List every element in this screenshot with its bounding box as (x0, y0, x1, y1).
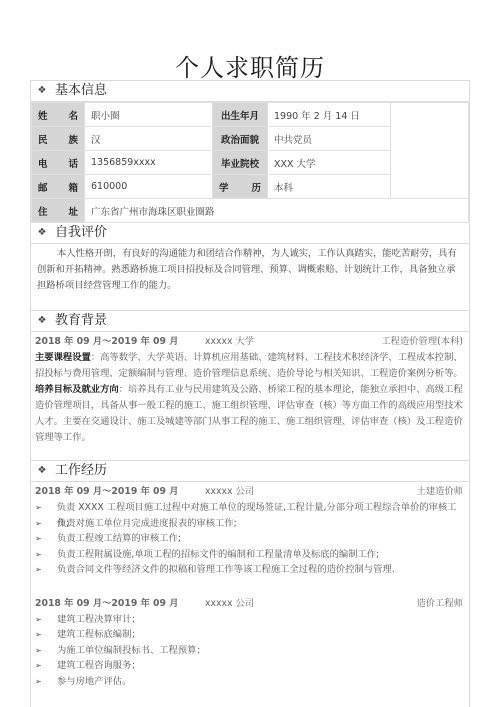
diamond-bullet-icon: ❖ (37, 311, 47, 331)
label-ethnicity: 民族 (32, 127, 85, 151)
list-item: ➢负责工程附属设施,单项工程的招标文件的编制和工程量清单及标底的编制工作; (35, 547, 463, 563)
section-title: 自我评价 (55, 223, 107, 243)
self-evaluation-text: 本人性格开朗，有良好的沟通能力和团结合作精神，为人诚实，工作认真踏实，能吃苦耐劳… (31, 244, 469, 300)
list-item: ➢建筑工程咨询服务； (35, 658, 463, 674)
label-degree: 学历 (213, 175, 268, 199)
label-school: 毕业院校 (213, 151, 268, 175)
arrow-bullet-icon: ➢ (35, 562, 57, 578)
arrow-bullet-icon: ➢ (35, 674, 57, 690)
list-item: ➢参与房地产评估。 (35, 674, 463, 690)
value-phone: 1356859xxxx (85, 151, 213, 175)
value-address: 广东省广州市海珠区职业圈路 (85, 199, 469, 223)
info-row: 住址 广东省广州市海珠区职业圈路 (32, 199, 469, 223)
job-entry-header: 2018 年 09 月～2019 年 09 月 xxxxx 公司 土建造价师 (31, 482, 469, 500)
education-section: 2018 年 09 月～2019 年 09 月 xxxxx 大学 工程造价管理(… (31, 332, 469, 461)
label-name: 姓名 (32, 103, 85, 127)
value-name: 职小圈 (85, 103, 213, 127)
job-duties-list: ➢建筑工程决算审计； ➢建筑工程标底编制； ➢为施工单位编制投标书、工程预算； … (31, 612, 469, 690)
list-item: ➢负责工程竣工结算的审核工作; (35, 531, 463, 547)
job-position: 造价工程师 (417, 596, 464, 612)
label-address: 住址 (32, 199, 85, 223)
arrow-bullet-icon: ➢ (35, 627, 57, 643)
section-title: 教育背景 (55, 311, 107, 331)
list-item: ➢负责对施工单位月完成进度报表的审核工作; (35, 516, 463, 532)
section-title: 工作经历 (55, 461, 107, 481)
photo-placeholder (391, 103, 469, 199)
list-item: ➢为施工单位编制投标书、工程预算； (35, 643, 463, 659)
arrow-bullet-icon: ➢ (35, 612, 57, 628)
job-period: 2018 年 09 月～2019 年 09 月 (35, 596, 205, 612)
list-item: ➢负责合同文件等经济文件的拟稿和管理工作等该工程施工全过程的造价控制与管理. (35, 562, 463, 578)
basic-info-table: 姓名 职小圈 出生年月 1990 年 2 月 14 日 民族 汉 政治面貌 中共… (31, 102, 469, 223)
value-birth: 1990 年 2 月 14 日 (268, 103, 391, 127)
job-duties-list: ➢负责 XXXX 工程项目施工过程中对施工单位的现场签证,工程计量,分部分项工程… (31, 500, 469, 578)
diamond-bullet-icon: ❖ (37, 461, 47, 481)
arrow-bullet-icon: ➢ (35, 643, 57, 659)
section-header-basic-info: ❖ 基本信息 (31, 81, 469, 102)
arrow-bullet-icon: ➢ (35, 500, 57, 516)
diamond-bullet-icon: ❖ (37, 81, 47, 101)
info-row: 姓名 职小圈 出生年月 1990 年 2 月 14 日 (32, 103, 469, 127)
arrow-bullet-icon: ➢ (35, 547, 57, 563)
section-header-work: ❖ 工作经历 (31, 461, 469, 482)
list-item: ➢负责 XXXX 工程项目施工过程中对施工单位的现场签证,工程计量,分部分项工程… (35, 500, 463, 516)
value-degree: 本科 (268, 175, 391, 199)
job-position: 土建造价师 (417, 484, 464, 500)
list-item: ➢建筑工程决算审计； (35, 612, 463, 628)
arrow-bullet-icon: ➢ (35, 531, 57, 547)
education-major: 工程造价管理(本科) (381, 334, 463, 350)
section-title: 基本信息 (55, 81, 107, 101)
job-company: xxxxx 公司 (205, 484, 417, 500)
arrow-bullet-icon: ➢ (35, 516, 57, 532)
job-company: xxxxx 公司 (205, 596, 417, 612)
value-political: 中共党员 (268, 127, 391, 151)
resume-title: 个人求职简历 (0, 48, 500, 83)
education-school: xxxxx 大学 (205, 334, 381, 350)
label-postcode: 邮箱 (32, 175, 85, 199)
education-entry-header: 2018 年 09 月～2019 年 09 月 xxxxx 大学 工程造价管理(… (31, 332, 469, 350)
value-postcode: 610000 (85, 175, 213, 199)
job-entry-header: 2018 年 09 月～2019 年 09 月 xxxxx 公司 造价工程师 (31, 594, 469, 612)
education-courses: 主要课程设置：高等数学、大学英语、计算机应用基础、建筑材料、工程技术积经济学、工… (31, 350, 469, 382)
resume-frame: ❖ 基本信息 姓名 职小圈 出生年月 1990 年 2 月 14 日 民族 汉 … (30, 80, 470, 707)
label-political: 政治面貌 (213, 127, 268, 151)
arrow-bullet-icon: ➢ (35, 658, 57, 674)
list-item: ➢建筑工程标底编制； (35, 627, 463, 643)
job-period: 2018 年 09 月～2019 年 09 月 (35, 484, 205, 500)
value-school: XXX 大学 (268, 151, 391, 175)
section-header-self-evaluation: ❖ 自我评价 (31, 223, 469, 244)
value-ethnicity: 汉 (85, 127, 213, 151)
education-goal: 培养目标及就业方向：培养具有工业与民用建筑及公路、桥梁工程的基本理论，能独立承担… (31, 382, 469, 446)
label-phone: 电话 (32, 151, 85, 175)
section-header-education: ❖ 教育背景 (31, 311, 469, 332)
self-evaluation-section: 本人性格开朗，有良好的沟通能力和团结合作精神，为人诚实，工作认真踏实，能吃苦耐劳… (31, 244, 469, 311)
work-section: 2018 年 09 月～2019 年 09 月 xxxxx 公司 土建造价师 ➢… (31, 482, 469, 707)
label-birth: 出生年月 (213, 103, 268, 127)
diamond-bullet-icon: ❖ (37, 223, 47, 243)
education-period: 2018 年 09 月～2019 年 09 月 (35, 334, 205, 350)
